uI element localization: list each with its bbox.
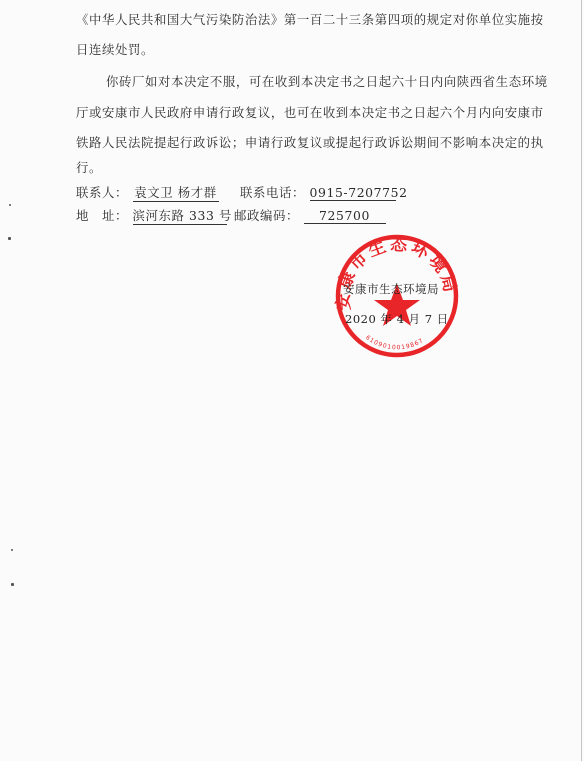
issuer-name: 安康市生态环境局 [343, 281, 439, 297]
contact-person-label: 联系人： [76, 185, 128, 200]
scan-speck [9, 204, 11, 206]
contact-phone-value: 0915-7207752 [310, 185, 396, 201]
scan-speck [11, 583, 14, 586]
contact-person-row: 联系人： 袁文卫 杨才群 [76, 183, 219, 202]
body-line-4: 厅或安康市人民政府申请行政复议，也可在收到本决定书之日起六个月内向安康市 [76, 103, 544, 121]
document-page: 《中华人民共和国大气污染防治法》第一百二十三条第四项的规定对你单位实施按 日连续… [0, 0, 584, 761]
body-line-6: 行。 [76, 158, 102, 176]
body-line-3: 你砖厂如对本决定不服，可在收到本决定书之日起六十日内向陕西省生态环境 [106, 72, 548, 90]
postcode-value: 725700 [304, 208, 386, 224]
page-edge [581, 0, 582, 761]
scan-speck [8, 237, 11, 240]
body-line-5: 铁路人民法院提起行政诉讼；申请行政复议或提起行政诉讼期间不影响本决定的执 [76, 133, 544, 151]
contact-person-value: 袁文卫 杨才群 [133, 183, 219, 202]
contact-phone-row: 联系电话： 0915-7207752 [240, 183, 396, 201]
contact-phone-label: 联系电话： [240, 185, 305, 200]
address-row: 地 址： 滨河东路 333 号 [76, 206, 227, 225]
issue-date: 2020 年 4 月 7 日 [345, 311, 449, 327]
postcode-row: 邮政编码： 725700 [234, 206, 386, 224]
scan-speck [11, 549, 13, 551]
body-line-2: 日连续处罚。 [76, 40, 154, 58]
postcode-label: 邮政编码： [234, 208, 299, 223]
address-label: 地 址： [76, 208, 128, 223]
address-value: 滨河东路 333 号 [133, 206, 227, 225]
body-line-1: 《中华人民共和国大气污染防治法》第一百二十三条第四项的规定对你单位实施按 [76, 10, 544, 28]
